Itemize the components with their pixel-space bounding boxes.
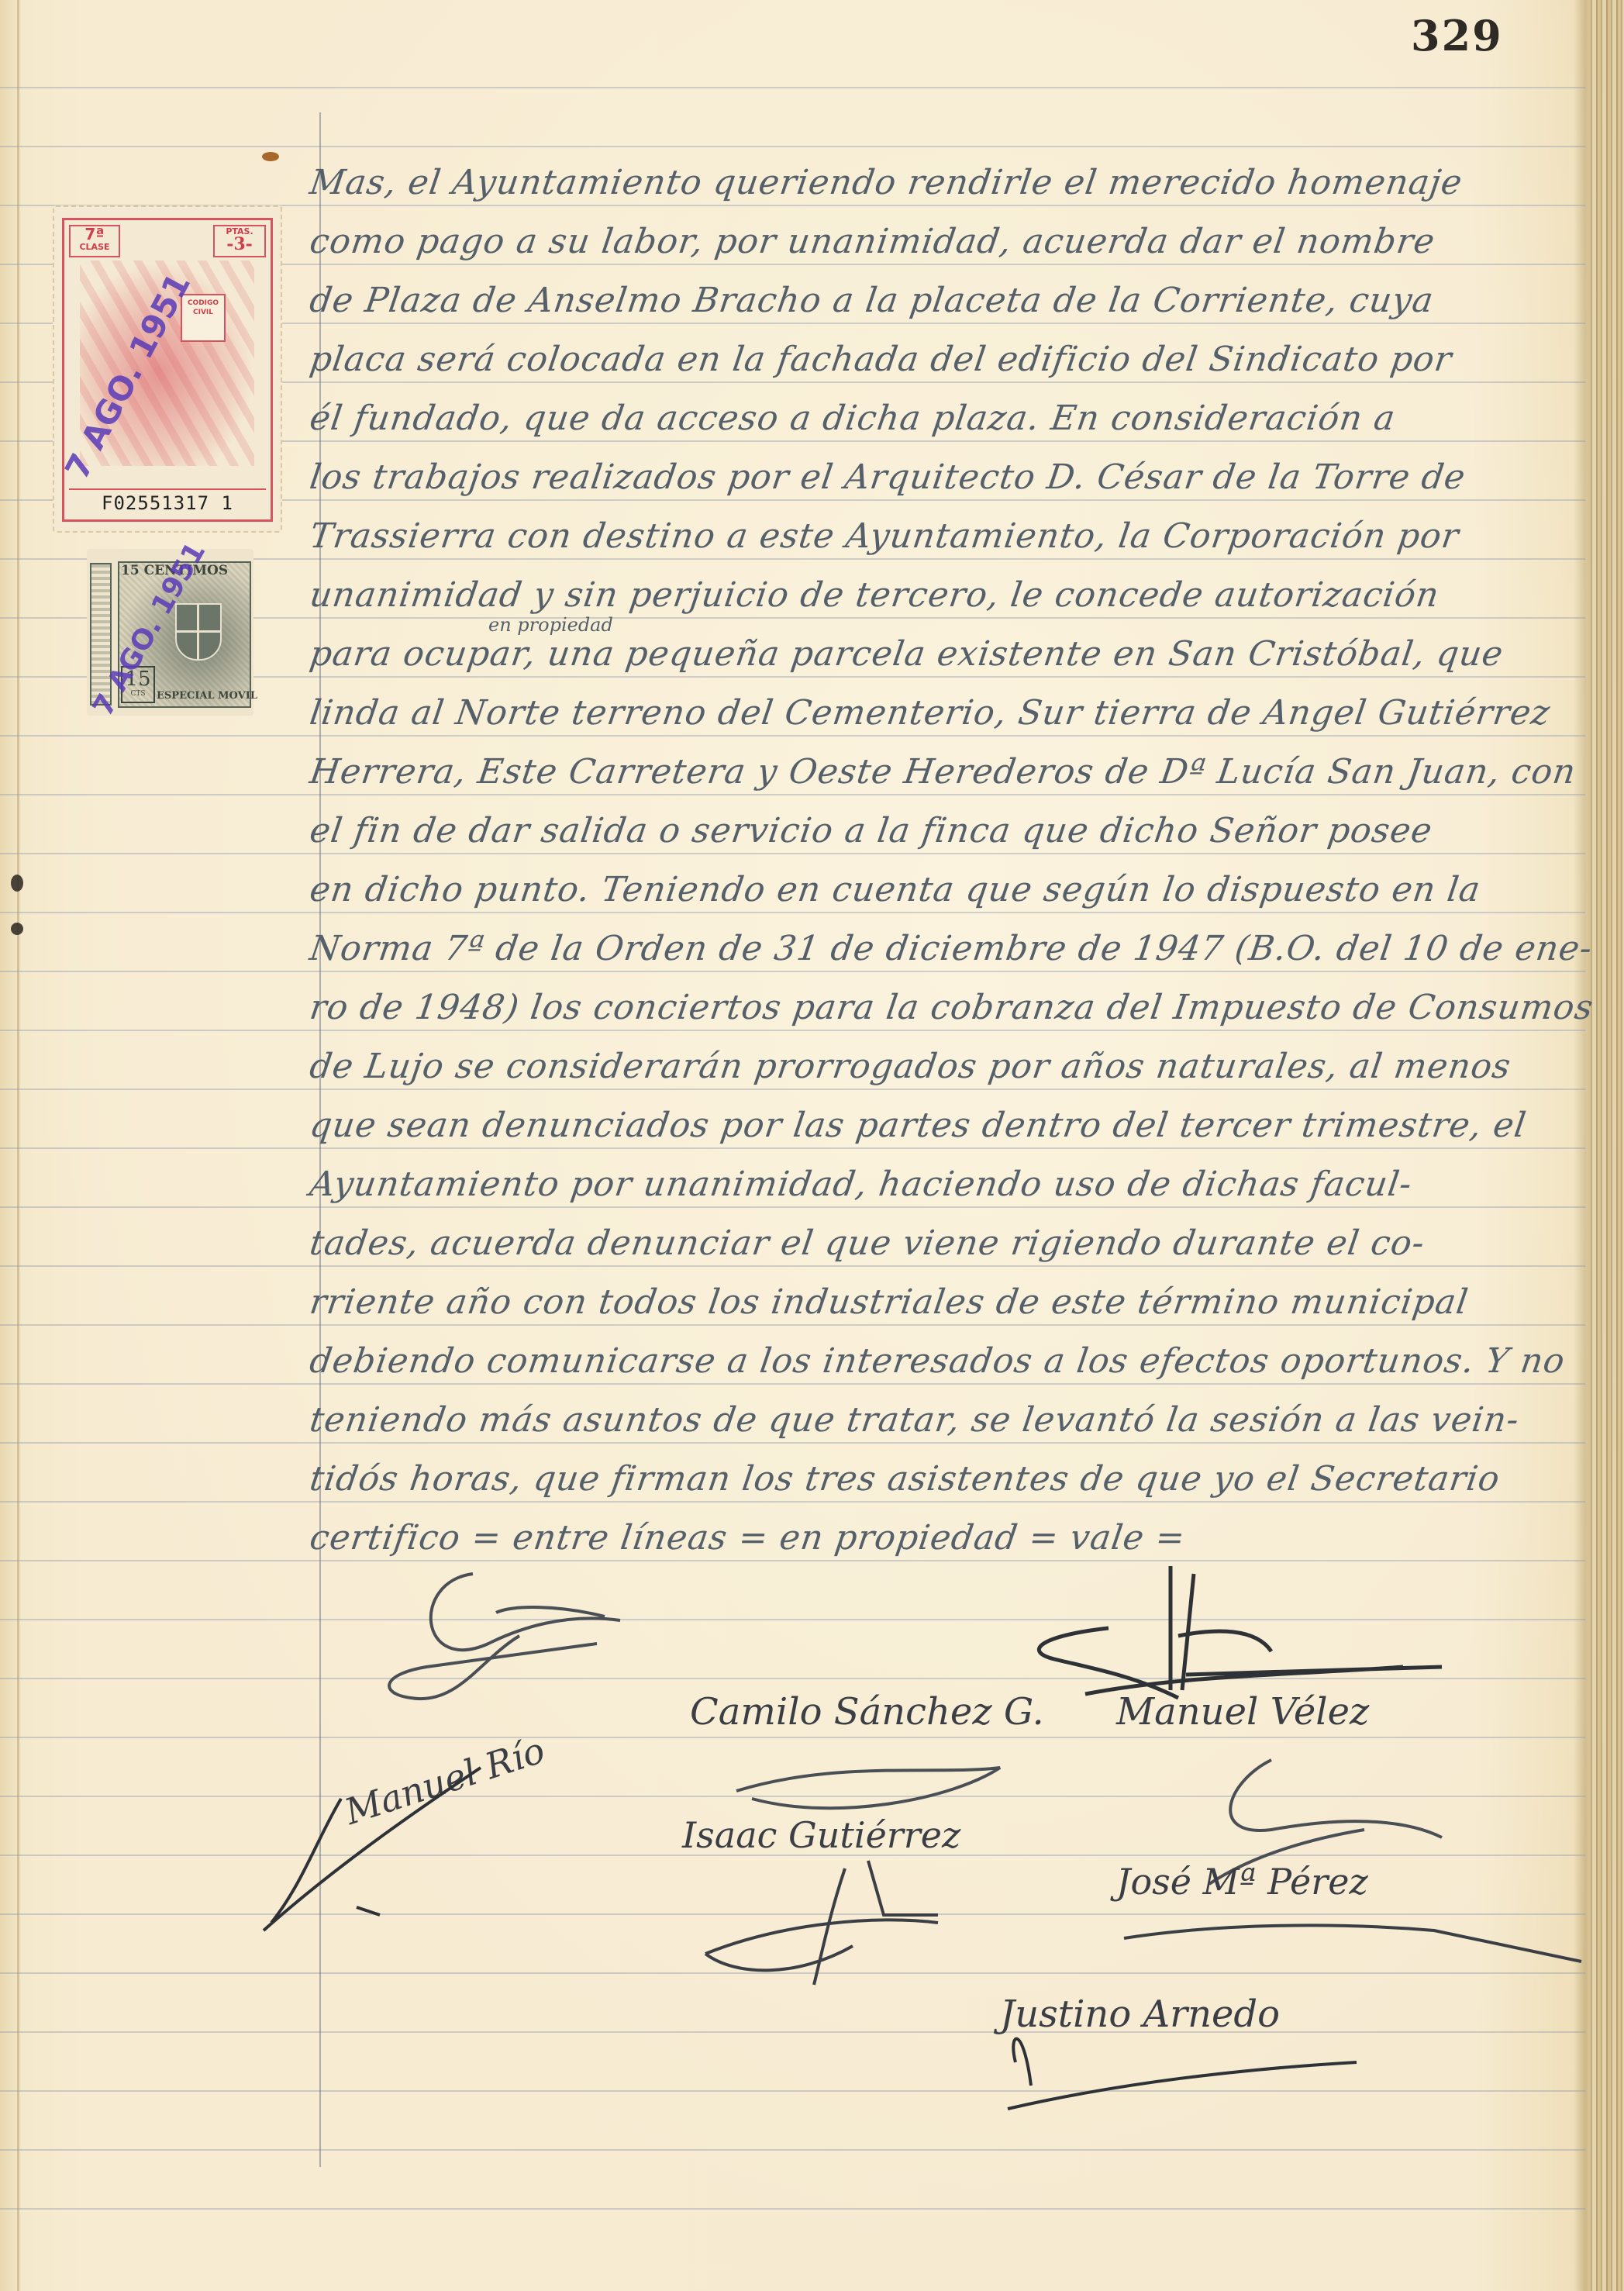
stamp-value-box: PTAS. -3- <box>213 225 266 257</box>
ruled-line <box>0 971 1585 972</box>
ruled-line <box>0 1383 1585 1385</box>
ruled-line <box>0 1206 1585 1208</box>
text-line: teniendo más asuntos de que tratar, se l… <box>307 1400 1522 1440</box>
text-line: en dicho punto. Teniendo en cuenta que s… <box>307 870 1483 909</box>
stamp-value: -3- <box>215 236 264 252</box>
ruled-line <box>0 1147 1585 1149</box>
stamp-class-number: 7ª <box>71 226 119 242</box>
text-line: Trassierra con destino a este Ayuntamien… <box>307 516 1461 556</box>
ruled-line <box>0 146 1585 147</box>
signature-flourish-icon <box>256 1744 566 1977</box>
text-line: los trabajos realizados por el Arquitect… <box>307 457 1468 497</box>
text-line: Ayuntamiento por unanimidad, haciendo us… <box>307 1164 1415 1204</box>
text-line: Mas, el Ayuntamiento queriendo rendirle … <box>307 163 1464 202</box>
ink-blot <box>11 875 23 892</box>
right-page-stack-edge <box>1588 0 1624 2291</box>
page-number: 329 <box>1411 11 1503 60</box>
text-line: debiendo comunicarse a los interesados a… <box>307 1341 1567 1381</box>
signature: Isaac Gutiérrez <box>682 1814 960 1856</box>
ruled-line <box>0 1089 1585 1090</box>
text-line: unanimidad y sin perjuicio de tercero, l… <box>307 575 1442 615</box>
text-line: él fundado, que da acceso a dicha plaza.… <box>307 399 1398 438</box>
signature: José Mª Pérez <box>1116 1861 1368 1903</box>
signature: Alfonso (rubric) <box>992 1558 1265 1598</box>
stamp-class-box: 7ª CLASE <box>69 225 120 257</box>
stamp-class-label: CLASE <box>71 242 119 252</box>
ruled-line <box>0 1442 1585 1444</box>
signature: Manuel Vélez <box>1116 1690 1369 1734</box>
text-line: linda al Norte terreno del Cementerio, S… <box>307 693 1553 733</box>
ruled-line <box>0 1265 1585 1267</box>
signature-flourish-icon <box>992 2016 1364 2117</box>
text-line: tidós horas, que firman los tres asisten… <box>307 1459 1502 1499</box>
text-line: placa será colocada en la fachada del ed… <box>307 340 1454 379</box>
text-line: como pago a su labor, por unanimidad, ac… <box>307 222 1437 261</box>
ruled-line <box>0 912 1585 913</box>
text-line: rriente año con todos los industriales d… <box>307 1282 1471 1322</box>
text-line: certifico = entre líneas = en propiedad … <box>307 1518 1188 1558</box>
interlinear-insertion: en propiedad <box>488 614 613 636</box>
text-line: que sean denunciados por las partes dent… <box>307 1106 1529 1145</box>
ruled-line <box>0 853 1585 854</box>
ruled-line <box>0 2208 1585 2210</box>
left-binding-edge <box>17 0 19 2291</box>
text-line: de Plaza de Anselmo Bracho a la placeta … <box>307 281 1436 320</box>
signature-flourish-icon <box>992 1558 1488 1690</box>
signature: Camilo Sánchez G. <box>690 1690 1044 1734</box>
ruled-line <box>0 794 1585 795</box>
text-line: ro de 1948) los conciertos para la cobra… <box>307 988 1595 1027</box>
ruled-line <box>0 87 1585 88</box>
rust-spot <box>262 152 279 161</box>
mobile-stamp-bottom-text: ESPECIAL MOVIL <box>157 690 257 702</box>
stamp-serial: F02551317 1 <box>69 488 266 516</box>
text-line: de Lujo se considerarán prorrogados por … <box>307 1047 1513 1086</box>
text-line: el fin de dar salida o servicio a la fin… <box>307 811 1435 850</box>
ruled-line <box>0 1324 1585 1326</box>
ruled-line <box>0 735 1585 737</box>
signature: (rubric) <box>682 1868 815 1908</box>
text-line: tades, acuerda denunciar el que viene ri… <box>307 1223 1427 1263</box>
signature-flourish-icon <box>674 1853 1077 1993</box>
ruled-line <box>0 1737 1585 1738</box>
text-line: para ocupar, una pequeña parcela existen… <box>307 634 1505 674</box>
ruled-line <box>0 1501 1585 1503</box>
text-line: Norma 7ª de la Orden de 31 de diciembre … <box>307 929 1595 968</box>
ruled-line <box>0 1030 1585 1031</box>
signature-flourish-icon <box>1109 1915 1589 1993</box>
signature: Rafael Lozada (rubric) <box>434 1582 823 1621</box>
ink-blot <box>11 923 23 935</box>
ruled-line <box>0 2149 1585 2151</box>
text-line: Herrera, Este Carretera y Oeste Heredero… <box>307 752 1578 792</box>
ledger-page: 329 7ª CLASE PTAS. -3- CODIGO CIVIL F025… <box>0 0 1624 2291</box>
coat-of-arms-icon <box>175 603 222 661</box>
